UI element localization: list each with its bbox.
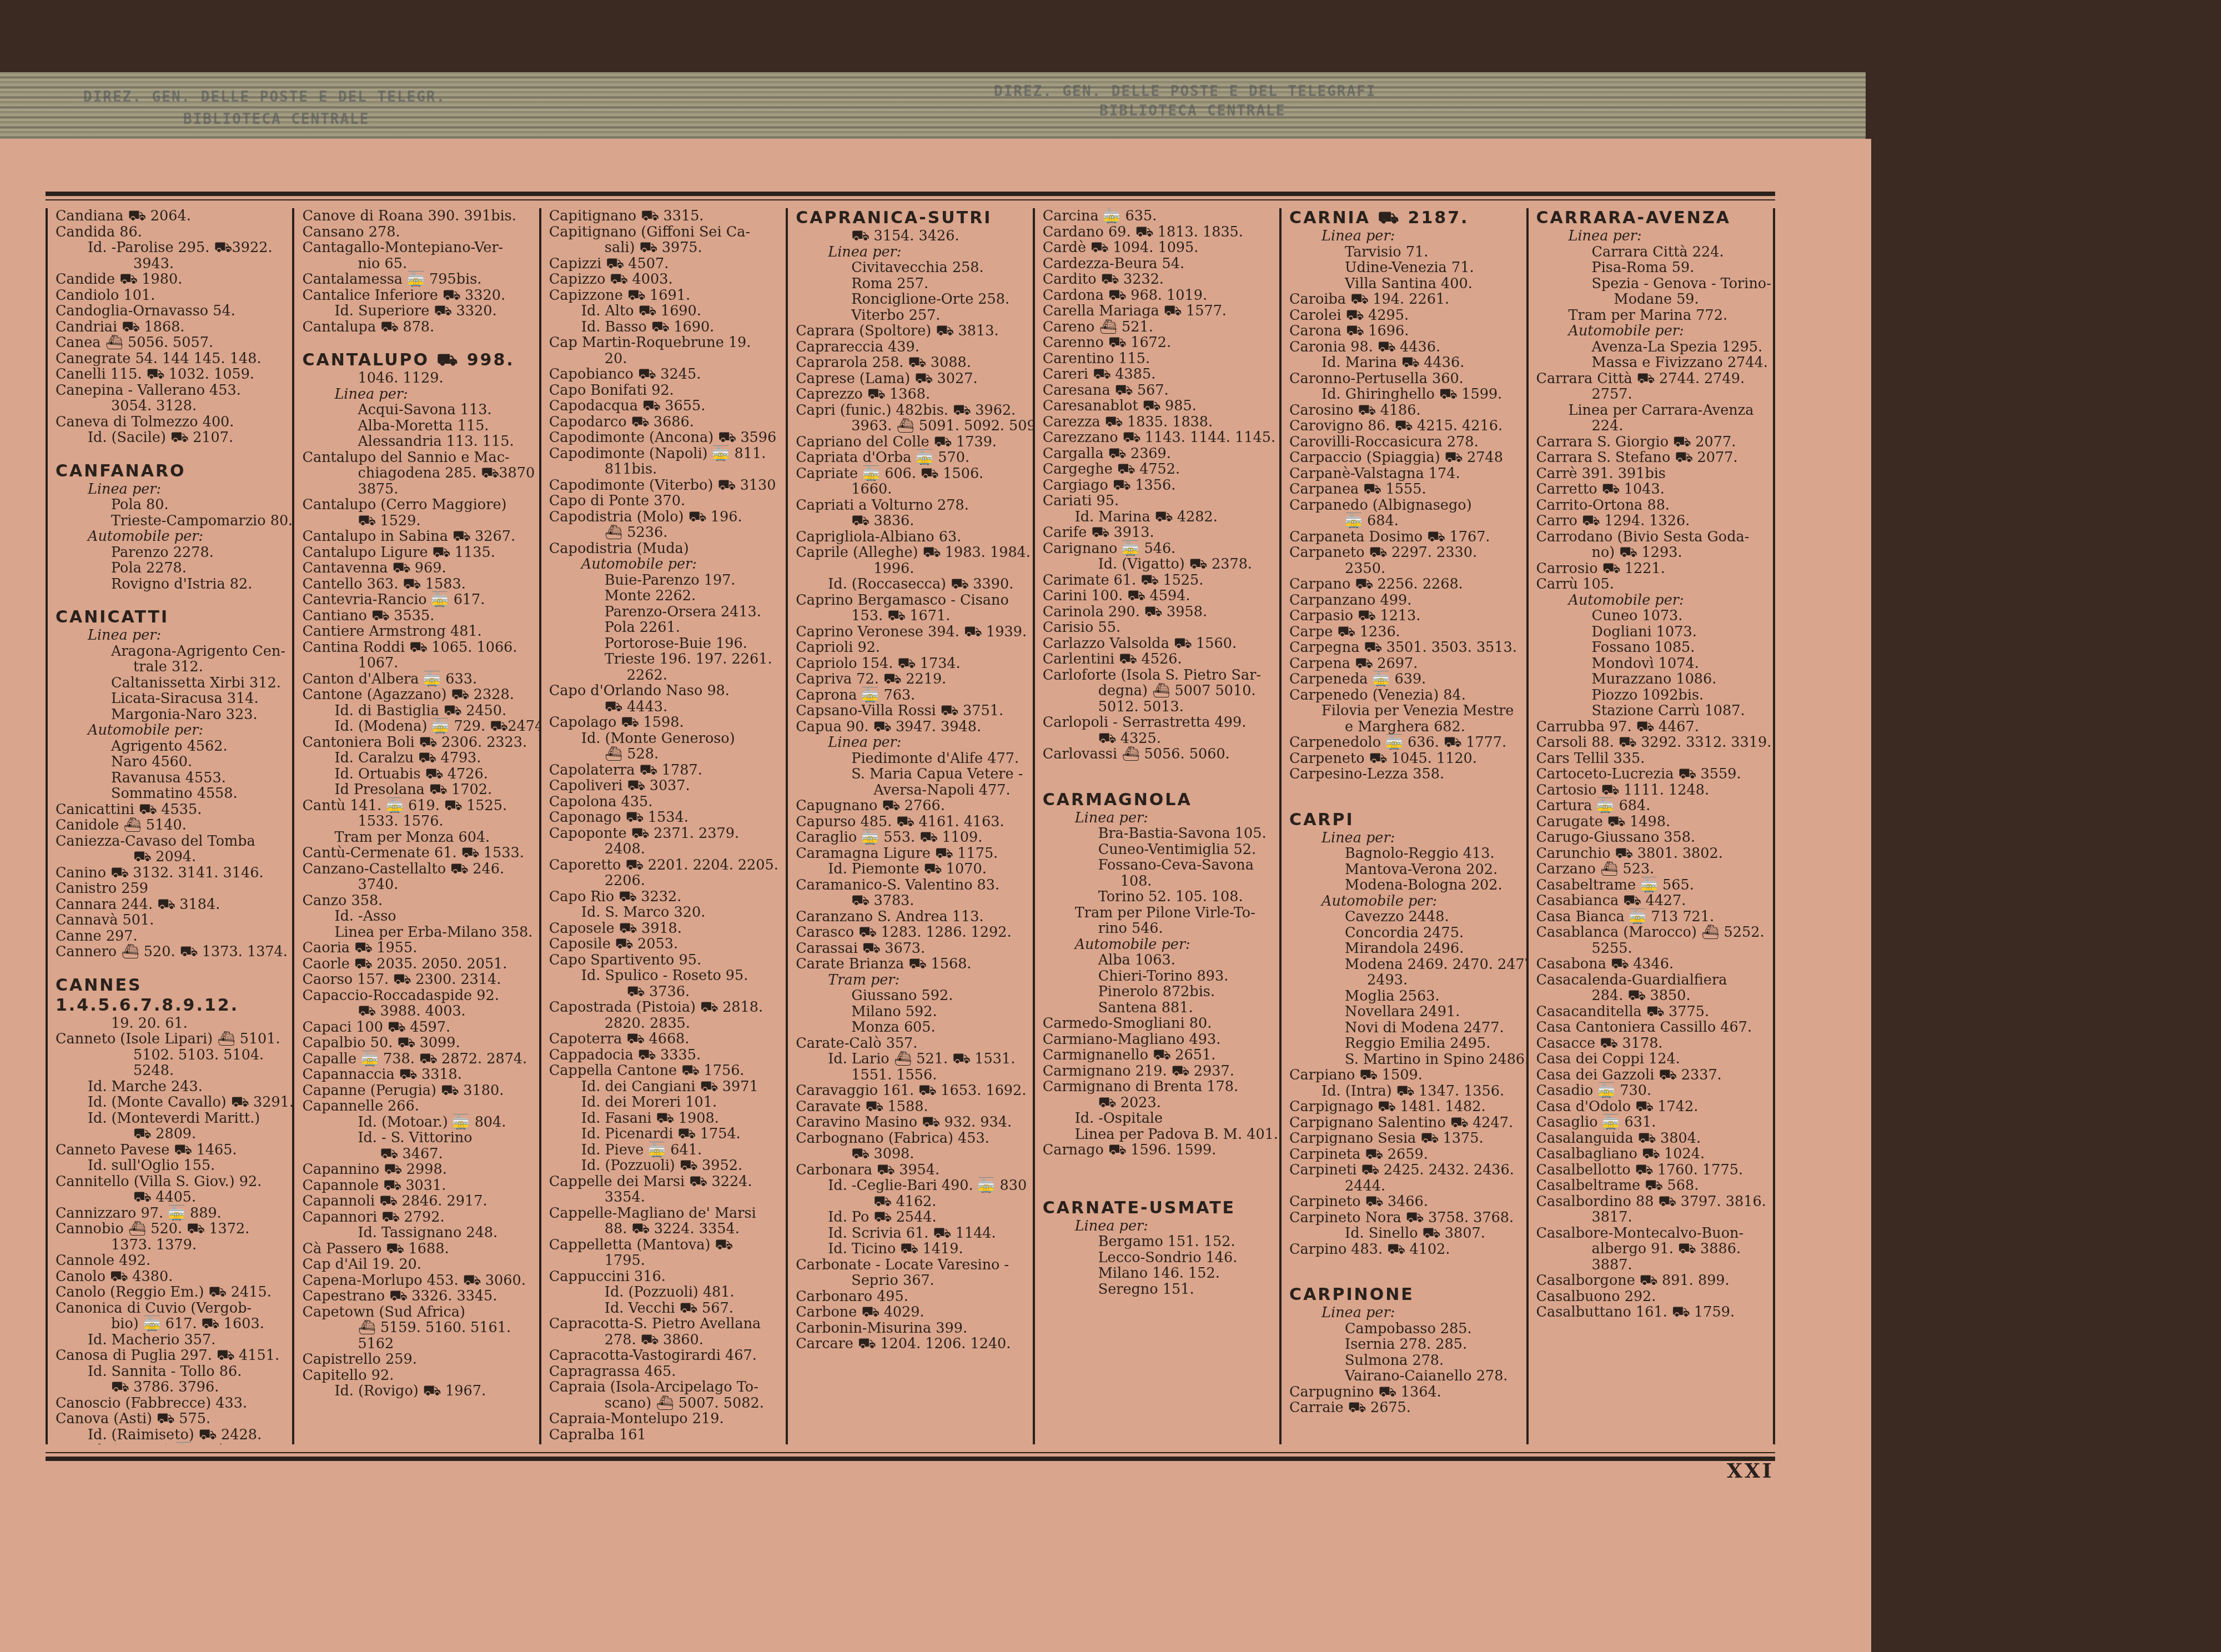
index-entry: Capriva 72. ⛟ 2219.: [796, 671, 1027, 687]
index-entry: Carlopoli - Serrastretta 499.: [1043, 715, 1274, 731]
index-entry: Viterbo 257.: [796, 308, 1027, 324]
index-entry: 5162: [302, 1336, 533, 1352]
index-entry: 1533. 1576.: [302, 814, 533, 830]
index-entry: Capugnano ⛟ 2766.: [796, 798, 1027, 814]
index-entry: Capistrello 259.: [302, 1352, 533, 1368]
index-entry: Careri ⛟ 4385.: [1043, 366, 1274, 383]
index-entry: Capetown (Sud Africa): [302, 1304, 533, 1320]
index-entry: Casacce ⛟ 3178.: [1536, 1036, 1767, 1052]
index-entry: Casa d'Odolo ⛟ 1742.: [1536, 1099, 1767, 1115]
index-entry: Capri (funic.) 482bis. ⛟ 3962.: [796, 403, 1027, 419]
index-entry: Id. (Rovigo) ⛟ 1967.: [302, 1383, 533, 1399]
index-entry: Carro ⛟ 1294. 1326.: [1536, 513, 1767, 529]
index-entry: 153. ⛟ 1671.: [796, 608, 1027, 624]
index-entry: Id. (Monte Cavallo) ⛟ 3291.: [56, 1094, 287, 1111]
index-entry: Mirandola 2496.: [1289, 941, 1520, 957]
index-entry: Id. di Bastiglia ⛟ 2450.: [302, 703, 533, 719]
index-entry: Capo d'Orlando Naso 98.: [549, 683, 780, 699]
index-column-4: CAPRANICA-SUTRI⛟ 3154. 3426.Linea per:Ci…: [786, 208, 1032, 1444]
index-entry: Caniezza-Cavaso del Tomba: [56, 833, 287, 850]
index-entry: Caroiba ⛟ 194. 2261.: [1289, 292, 1520, 308]
index-entry: ⛟ 4325.: [1043, 731, 1274, 747]
index-entry: Casalbordino 88 ⛟ 3797. 3816.: [1536, 1194, 1767, 1210]
index-entry: Casa Bianca 🚋 713 721.: [1536, 909, 1767, 925]
index-entry: Cantevria-Rancio 🚋 617.: [302, 592, 533, 608]
index-entry: Capitello 92.: [302, 1368, 533, 1384]
index-entry: Linea per:: [1289, 1305, 1520, 1321]
index-entry: Casa dei Coppi 124.: [1536, 1051, 1767, 1067]
index-entry: Carpanedo (Albignasego): [1289, 498, 1520, 514]
index-entry: Caravate ⛟ 1588.: [796, 1099, 1027, 1115]
index-entry: Id. Marche 243.: [56, 1079, 287, 1095]
index-entry: Caprarola 258. ⛟ 3088.: [796, 355, 1027, 371]
index-entry: Isernia 278. 285.: [1289, 1337, 1520, 1353]
index-entry: Carlentini ⛟ 4526.: [1043, 651, 1274, 667]
index-entry: Id. Marina ⛟ 4282.: [1043, 509, 1274, 525]
index-entry: Carrosio ⛟ 1221.: [1536, 561, 1767, 577]
index-entry: Carcare ⛟ 1204. 1206. 1240.: [796, 1336, 1027, 1352]
index-entry: Parenzo-Orsera 2413.: [549, 604, 780, 620]
index-entry: Concordia 2475.: [1289, 925, 1520, 941]
index-entry: 2444.: [1289, 1178, 1520, 1194]
index-entry: Casabianca ⛟ 4427.: [1536, 893, 1767, 909]
index-entry: ⛟ 3783.: [796, 893, 1027, 909]
index-entry: Id. dei Moreri 101.: [549, 1094, 780, 1111]
index-entry: Capalle 🚋 738. ⛟ 2872. 2874.: [302, 1051, 533, 1067]
index-entry: 2350.: [1289, 561, 1520, 577]
index-entry: Carignano 🚋 546.: [1043, 541, 1274, 557]
index-entry: Cuneo 1073.: [1536, 608, 1767, 624]
index-entry: Villa Santina 400.: [1289, 276, 1520, 292]
index-entry: Cantalupa ⛟ 878.: [302, 319, 533, 335]
index-entry: Id. Fasani ⛟ 1908.: [549, 1111, 780, 1127]
index-entry: Pola 80.: [56, 497, 287, 513]
index-entry: Modena-Bologna 202.: [1289, 877, 1520, 893]
index-entry: 2493.: [1289, 972, 1520, 988]
index-entry: Aversa-Napoli 477.: [796, 782, 1027, 799]
index-entry: 5102. 5103. 5104.: [56, 1047, 287, 1063]
index-entry: Cantalupo Ligure ⛟ 1135.: [302, 545, 533, 561]
index-entry: Automobile per:: [1536, 323, 1767, 339]
index-entry: Id. Marina ⛟ 4436.: [1289, 355, 1520, 371]
index-entry: Id. Scrivia 61. ⛟ 1144.: [796, 1226, 1027, 1242]
index-entry: 5012. 5013.: [1043, 699, 1274, 715]
index-entry: Capsano-Villa Rossi ⛟ 3751.: [796, 703, 1027, 719]
index-entry: Carpignano Salentino ⛟ 4247.: [1289, 1115, 1520, 1131]
index-entry: Caprara (Spoltore) ⛟ 3813.: [796, 323, 1027, 339]
index-column-2: Canove di Roana 390. 391bis.Cansano 278.…: [292, 208, 539, 1444]
index-entry: Portorose-Buie 196.: [549, 636, 780, 652]
index-entry: Id. Piemonte ⛟ 1070.: [796, 861, 1027, 877]
index-entry: Alba-Moretta 115.: [302, 418, 533, 434]
index-entry: Id. Sannita - Tollo 86.: [56, 1364, 287, 1380]
index-entry: 1046. 1129.: [302, 370, 533, 386]
station-heading: CARNIA ⛟ 2187.: [1289, 208, 1520, 228]
index-entry: Canzano-Castellalto ⛟ 246.: [302, 861, 533, 877]
index-entry: Carpugnino ⛟ 1364.: [1289, 1384, 1520, 1400]
index-entry: Carmiano-Magliano 493.: [1043, 1032, 1274, 1048]
index-entry: Cannole 492.: [56, 1253, 287, 1269]
index-entry: Id. Vecchi ⛟ 567.: [549, 1300, 780, 1317]
index-entry: Id Presolana ⛟ 1702.: [302, 782, 533, 798]
index-entry: Capragrassa 465.: [549, 1364, 780, 1380]
station-heading: CAPRANICA-SUTRI: [796, 208, 1027, 228]
index-entry: S. Martino in Spino 2486.: [1289, 1052, 1520, 1068]
index-entry: Capizzo ⛟ 4003.: [549, 272, 780, 288]
index-entry: Carmignanello ⛟ 2651.: [1043, 1047, 1274, 1063]
index-entry: Canoscio (Fabbrecce) 433.: [56, 1395, 287, 1412]
index-entry: Casaglio 🚋 631.: [1536, 1114, 1767, 1131]
index-entry: Caraglio 🚋 553. ⛟ 1109.: [796, 830, 1027, 846]
index-entry: Canneto Pavese ⛟ 1465.: [56, 1142, 287, 1158]
station-heading: CARPI: [1289, 810, 1520, 830]
index-entry: Casabeltrame 🚋 565.: [1536, 877, 1767, 893]
index-entry: Giussano 592.: [796, 988, 1027, 1004]
index-entry: Caorle ⛟ 2035. 2050. 2051.: [302, 956, 533, 972]
index-entry: Capriano del Colle ⛟ 1739.: [796, 434, 1027, 450]
spacer: [1043, 1158, 1274, 1171]
index-entry: Capodarco ⛟ 3686.: [549, 414, 780, 430]
index-entry: Piozzo 1092bis.: [1536, 687, 1767, 704]
index-entry: Id. -Ospitale: [1043, 1111, 1274, 1127]
index-entry: Capostrada (Pistoia) ⛟ 2818.: [549, 1000, 780, 1016]
index-entry: Cappelle dei Marsi ⛟ 3224.: [549, 1174, 780, 1190]
index-entry: Cannero ⛴ 520. ⛟ 1373. 1374.: [56, 944, 287, 960]
index-entry: Buie-Parenzo 197.: [549, 573, 780, 589]
index-entry: Carpasio ⛟ 1213.: [1289, 608, 1520, 624]
index-entry: ⛟ 3786. 3796.: [56, 1379, 287, 1395]
index-entry: Cantone (Agazzano) ⛟ 2328.: [302, 687, 533, 703]
index-entry: scano) ⛴ 5007. 5082.: [549, 1395, 780, 1412]
index-entry: Carloforte (Isola S. Pietro Sar-: [1043, 667, 1274, 684]
index-entry: ⛟ 3467.: [302, 1146, 533, 1162]
index-entry: Carpineto Nora ⛟ 3758. 3768.: [1289, 1210, 1520, 1226]
index-entry: Cardona ⛟ 968. 1019.: [1043, 288, 1274, 304]
index-entry: Reggio Emilia 2495.: [1289, 1036, 1520, 1052]
index-entry: rino 546.: [1043, 921, 1274, 937]
index-entry: 1996.: [796, 561, 1027, 577]
index-entry: Carezzano ⛟ 1143. 1144. 1145.: [1043, 430, 1274, 446]
index-entry: Capo Spartivento 95.: [549, 952, 780, 968]
index-entry: Capitignano (Giffoni Sei Ca-: [549, 224, 780, 240]
index-entry: Cappadocia ⛟ 3335.: [549, 1047, 780, 1063]
index-entry: Canistro 259: [56, 881, 287, 897]
index-entry: Casalbeltrame ⛟ 568.: [1536, 1178, 1767, 1194]
index-entry: Carovilli-Roccasicura 278.: [1289, 434, 1520, 450]
index-entry: Capizzi ⛟ 4507.: [549, 256, 780, 272]
index-entry: Carlazzo Valsolda ⛟ 1560.: [1043, 636, 1274, 652]
index-entry: Capodacqua ⛟ 3655.: [549, 398, 780, 414]
index-entry: Dogliani 1073.: [1536, 624, 1767, 640]
index-entry: Canton d'Albera 🚋 633.: [302, 671, 533, 687]
index-entry: Carpeneto ⛟ 1045. 1120.: [1289, 751, 1520, 767]
index-entry: Carpignago ⛟ 1481. 1482.: [1289, 1099, 1520, 1115]
index-entry: ⛴ 5159. 5160. 5161.: [302, 1320, 533, 1336]
index-entry: ⛟ 4443.: [549, 699, 780, 715]
index-entry: Linea per:: [302, 386, 533, 403]
index-entry: Caronia 98. ⛟ 4436.: [1289, 339, 1520, 355]
index-entry: Cantalupo in Sabina ⛟ 3267.: [302, 529, 533, 545]
index-entry: Cantalupo (Cerro Maggiore): [302, 497, 533, 513]
index-entry: Carrè 391. 391bis: [1536, 466, 1767, 482]
index-entry: Capolona 435.: [549, 794, 780, 810]
index-entry: Carpanea ⛟ 1555.: [1289, 481, 1520, 498]
index-entry: Agrigento 4562.: [56, 739, 287, 755]
index-entry: Casacalenda-Guardialfiera: [1536, 972, 1767, 988]
index-entry: Canegrate 54. 144 145. 148.: [56, 351, 287, 367]
index-entry: 2408.: [549, 841, 780, 857]
index-entry: ⛟ 2023.: [1043, 1095, 1274, 1111]
index-entry: Sommatino 4558.: [56, 786, 287, 802]
index-entry: Id. Ghiringhello ⛟ 1599.: [1289, 386, 1520, 403]
index-entry: Casalborgone ⛟ 891. 899.: [1536, 1273, 1767, 1289]
index-entry: degna) ⛴ 5007 5010.: [1043, 683, 1274, 699]
index-entry: Cappella Cantone ⛟ 1756.: [549, 1063, 780, 1079]
index-entry: Carrù 105.: [1536, 576, 1767, 592]
index-entry: Linea per:: [796, 735, 1027, 751]
index-entry: ⛟ 4405.: [56, 1189, 287, 1206]
index-entry: Carretto ⛟ 1043.: [1536, 481, 1767, 498]
index-entry: Capriata d'Orba 🚋 570.: [796, 450, 1027, 466]
index-column-1: Candiana ⛟ 2064.Candida 86.Id. -Parolise…: [46, 208, 292, 1444]
index-entry: ⛟ 3988. 4003.: [302, 1003, 533, 1020]
index-entry: Capannole ⛟ 3031.: [302, 1178, 533, 1194]
index-entry: Carsoli 88. ⛟ 3292. 3312. 3319.: [1536, 735, 1767, 751]
index-entry: Capraia (Isola-Arcipelago To-: [549, 1379, 780, 1395]
index-entry: Caorso 157. ⛟ 2300. 2314.: [302, 972, 533, 988]
index-entry: Cartosio ⛟ 1111. 1248.: [1536, 782, 1767, 799]
index-entry: Capizzone ⛟ 1691.: [549, 288, 780, 304]
index-entry: Pisa-Roma 59.: [1536, 260, 1767, 276]
library-stamp: DIREZ. GEN. DELLE POSTE E DEL TELEGRAFI: [994, 83, 1376, 100]
index-entry: Tram per Marina 772.: [1536, 308, 1767, 324]
index-entry: Id. Po ⛟ 2544.: [796, 1209, 1027, 1226]
index-entry: 3943.: [56, 256, 287, 272]
index-entry: Id. Macherio 357.: [56, 1332, 287, 1348]
index-entry: Caprona 🚋 763.: [796, 687, 1027, 704]
index-entry: 3354.: [549, 1189, 780, 1206]
index-entry: trale 312.: [56, 659, 287, 675]
index-entry: 3875.: [302, 481, 533, 498]
index-entry: 224.: [1536, 418, 1767, 434]
index-entry: Carpeneda 🚋 639.: [1289, 671, 1520, 687]
index-entry: Id. Ortuabis ⛟ 4726.: [302, 766, 533, 782]
index-entry: Caravaggio 161. ⛟ 1653. 1692.: [796, 1083, 1027, 1099]
index-entry: Carpanè-Valstagna 174.: [1289, 466, 1520, 482]
index-entry: Capodistria (Molo) ⛟ 196.: [549, 509, 780, 525]
index-entry: Carate Brianza ⛟ 1568.: [796, 956, 1027, 972]
index-entry: Id. (Monteverdi Maritt.): [56, 1111, 287, 1127]
index-entry: Canea ⛴ 5056. 5057.: [56, 335, 287, 351]
index-entry: Carrito-Ortona 88.: [1536, 498, 1767, 514]
index-column-5: Carcina 🚋 635.Cardano 69. ⛟ 1813. 1835.C…: [1033, 208, 1279, 1444]
index-entry: Cantina Roddi ⛟ 1065. 1066.: [302, 640, 533, 656]
index-entry: Carcina 🚋 635.: [1043, 208, 1274, 224]
index-entry: Caprigliola-Albiano 63.: [796, 529, 1027, 545]
index-entry: Capralba 161: [549, 1427, 780, 1443]
index-entry: Caravino Masino ⛟ 932. 934.: [796, 1114, 1027, 1131]
index-entry: Capodistria (Muda): [549, 541, 780, 557]
index-entry: 278. ⛟ 3860.: [549, 1332, 780, 1348]
library-stamp: BIBLIOTECA CENTRALE: [1099, 103, 1285, 119]
station-heading: CANICATTI: [56, 607, 287, 627]
index-entry: Cargiago ⛟ 1356.: [1043, 478, 1274, 494]
index-table-frame: Candiana ⛟ 2064.Candida 86.Id. -Parolise…: [46, 192, 1775, 1461]
index-entry: Carbonaro 495.: [796, 1289, 1027, 1305]
index-entry: Ronciglione-Orte 258.: [796, 292, 1027, 308]
index-entry: albergo 91. ⛟ 3886.: [1536, 1241, 1767, 1257]
index-entry: ⛟ 1529.: [302, 513, 533, 529]
index-entry: Carnago ⛟ 1596. 1599.: [1043, 1142, 1274, 1158]
index-entry: S. Maria Capua Vetere -: [796, 766, 1027, 782]
index-entry: Caramanico-S. Valentino 83.: [796, 877, 1027, 893]
index-entry: Carosino ⛟ 4186.: [1289, 403, 1520, 419]
index-entry: Carimate 61. ⛟ 1525.: [1043, 573, 1274, 589]
index-entry: Modane 59.: [1536, 292, 1767, 308]
index-entry: Carbone ⛟ 4029.: [796, 1304, 1027, 1320]
index-entry: Cannavà 501.: [56, 912, 287, 928]
index-entry: Candoglia-Ornavasso 54.: [56, 303, 287, 319]
index-entry: Fossano 1085.: [1536, 640, 1767, 656]
index-entry: Seregno 151.: [1043, 1282, 1274, 1298]
index-entry: Cappelletta (Mantova) ⛟: [549, 1237, 780, 1253]
index-entry: Carmedo-Smogliani 80.: [1043, 1016, 1274, 1032]
index-entry: Bra-Bastia-Savona 105.: [1043, 826, 1274, 842]
index-entry: ⛴ 528.: [549, 746, 780, 762]
index-entry: Capena-Morlupo 453. ⛟ 3060.: [302, 1273, 533, 1289]
index-entry: Id. (Pozzuoli) 481.: [549, 1284, 780, 1300]
index-entry: Id. Spulico - Roseto 95.: [549, 968, 780, 984]
index-entry: Milano 146. 152.: [1043, 1266, 1274, 1282]
index-entry: ⛟ 3836.: [796, 513, 1027, 529]
index-entry: Capitignano ⛟ 3315.: [549, 208, 780, 224]
index-entry: Id. Picenardi ⛟ 1754.: [549, 1126, 780, 1142]
index-entry: Casabona ⛟ 4346.: [1536, 956, 1767, 972]
index-entry: Capriate 🚋 606. ⛟ 1506.: [796, 466, 1027, 482]
index-entry: Carenno ⛟ 1672.: [1043, 335, 1274, 351]
index-entry: Carbonara ⛟ 3954.: [796, 1162, 1027, 1178]
index-entry: Licata-Siracusa 314.: [56, 691, 287, 707]
index-entry: 1373. 1379.: [56, 1237, 287, 1253]
index-entry: Murazzano 1086.: [1536, 671, 1767, 687]
index-entry: Campobasso 285.: [1289, 1321, 1520, 1337]
index-entry: Carpesino-Lezza 358.: [1289, 766, 1520, 782]
index-entry: Automobile per:: [56, 722, 287, 739]
index-entry: Capraia-Montelupo 219.: [549, 1411, 780, 1427]
index-entry: Canonica di Cuvio (Vergob-: [56, 1300, 287, 1317]
index-entry: Automobile per:: [1043, 937, 1274, 953]
index-entry: Udine-Venezia 71.: [1289, 260, 1520, 276]
index-entry: 3963. ⛴ 5091. 5092. 5093.: [796, 418, 1027, 434]
index-column-6: CARNIA ⛟ 2187.Linea per:Tarvisio 71.Udin…: [1279, 208, 1526, 1444]
index-entry: Caronno-Pertusella 360.: [1289, 371, 1520, 387]
index-entry: Carrara Città ⛟ 2744. 2749.: [1536, 371, 1767, 387]
index-entry: Caposele ⛟ 3918.: [549, 921, 780, 937]
index-entry: Carpegna ⛟ 3501. 3503. 3513.: [1289, 640, 1520, 656]
index-entry: Canolo (Reggio Em.) ⛟ 2415.: [56, 1284, 287, 1300]
index-entry: Capodimonte (Napoli) 🚋 811.: [549, 446, 780, 462]
index-entry: Tram per Monza 604.: [302, 830, 533, 846]
index-entry: Id. (Monte Generoso): [549, 731, 780, 747]
index-entry: Modena 2469. 2470. 2477.: [1289, 957, 1520, 973]
index-entry: Carbonin-Misurina 399.: [796, 1320, 1027, 1337]
index-entry: ⛟ 3154. 3426.: [796, 228, 1027, 244]
index-entry: Carpino 483. ⛟ 4102.: [1289, 1242, 1520, 1258]
index-entry: Carolei ⛟ 4295.: [1289, 308, 1520, 324]
index-entry: ⛟ 4162.: [796, 1194, 1027, 1210]
index-entry: Casa dei Gazzoli ⛟ 2337.: [1536, 1067, 1767, 1083]
index-entry: Cansano 278.: [302, 224, 533, 240]
index-entry: Id. Caralzu ⛟ 4793.: [302, 750, 533, 766]
index-entry: Id. (Modena) 🚋 729. ⛟2474: [302, 719, 533, 735]
index-columns: Candiana ⛟ 2064.Candida 86.Id. -Parolise…: [46, 208, 1775, 1444]
index-entry: Carinola 290. ⛟ 3958.: [1043, 604, 1274, 620]
index-entry: Filovia per Venezia Mestre: [1289, 703, 1520, 719]
index-entry: Carpaneta Dosimo ⛟ 1767.: [1289, 529, 1520, 545]
index-entry: Id. Alto ⛟ 1690.: [549, 303, 780, 319]
index-entry: 2820. 2835.: [549, 1016, 780, 1032]
index-entry: Carrubba 97. ⛟ 4467.: [1536, 719, 1767, 735]
index-entry: Linea per:: [56, 627, 287, 644]
index-entry: chiagodena 285. ⛟3870: [302, 465, 533, 481]
index-entry: Rovigno d'Istria 82.: [56, 576, 287, 592]
index-entry: Capriati a Volturno 278.: [796, 498, 1027, 514]
index-entry: Linea per:: [1043, 1218, 1274, 1234]
index-entry: Capaci 100 ⛟ 4597.: [302, 1020, 533, 1036]
index-entry: Carpineto ⛟ 3466.: [1289, 1194, 1520, 1210]
index-entry: Carugate ⛟ 1498.: [1536, 814, 1767, 830]
index-entry: 108.: [1043, 873, 1274, 890]
index-entry: Cantiano ⛟ 3535.: [302, 608, 533, 624]
index-entry: Caresanablot ⛟ 985.: [1043, 398, 1274, 414]
index-entry: Massa e Fivizzano 2744.: [1536, 355, 1767, 371]
index-entry: Spezia - Genova - Torino-: [1536, 276, 1767, 292]
index-entry: 1067.: [302, 655, 533, 671]
index-entry: Cartoceto-Lucrezia ⛟ 3559.: [1536, 766, 1767, 782]
index-entry: nio 65.: [302, 256, 533, 272]
index-entry: Capo Bonifati 92.: [549, 383, 780, 399]
index-entry: Capaccio-Roccadaspide 92.: [302, 988, 533, 1004]
index-entry: Caprino Veronese 394. ⛟ 1939.: [796, 624, 1027, 640]
index-entry: Carbognano (Fabrica) 453.: [796, 1131, 1027, 1147]
index-entry: Ravanusa 4553.: [56, 770, 287, 786]
index-entry: Casacanditella ⛟ 3775.: [1536, 1004, 1767, 1020]
index-entry: Pola 2278.: [56, 560, 287, 576]
index-entry: Id. (Vigatto) ⛟ 2378.: [1043, 556, 1274, 573]
index-entry: Linea per:: [1043, 810, 1274, 826]
background-edge: [1871, 133, 2221, 1652]
index-entry: Carlovassi ⛴ 5056. 5060.: [1043, 746, 1274, 762]
index-entry: Cardano 69. ⛟ 1813. 1835.: [1043, 224, 1274, 240]
index-entry: Linea per:: [1536, 228, 1767, 244]
index-entry: Cappuccini 316.: [549, 1269, 780, 1285]
index-entry: Trieste-Campomarzio 80.: [56, 513, 287, 529]
index-entry: Casalbore-Montecalvo-Buon-: [1536, 1226, 1767, 1242]
index-entry: Capua 90. ⛟ 3947. 3948.: [796, 719, 1027, 735]
index-entry: Carpineta ⛟ 2659.: [1289, 1147, 1520, 1163]
index-entry: 1795.: [549, 1253, 780, 1269]
index-entry: Cantagallo-Montepiano-Ver-: [302, 240, 533, 256]
index-entry: Id. Lario ⛴ 521. ⛟ 1531.: [796, 1051, 1027, 1067]
index-entry: Id. (Roccasecca) ⛟ 3390.: [796, 576, 1027, 592]
index-entry: Canolo ⛟ 4380.: [56, 1269, 287, 1285]
index-entry: 20.: [549, 351, 780, 367]
library-stamp: DIREZ. GEN. DELLE POSTE E DEL TELEGR.: [83, 89, 446, 106]
index-entry: Capolaterra ⛟ 1787.: [549, 762, 780, 779]
index-entry: Civitavecchia 258.: [796, 260, 1027, 276]
index-entry: Carate-Calò 357.: [796, 1036, 1027, 1052]
index-entry: Cà Passero ⛟ 1688.: [302, 1241, 533, 1257]
